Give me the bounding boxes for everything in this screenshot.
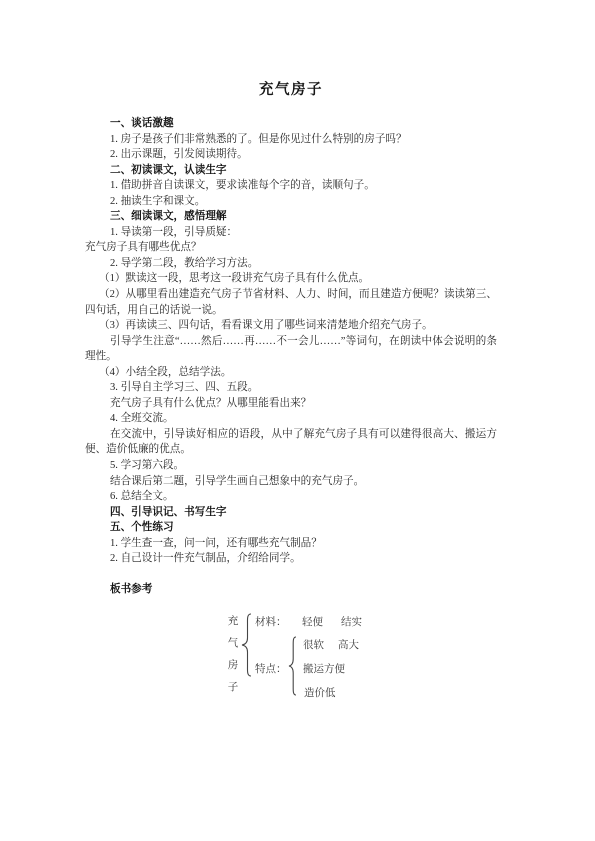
doc-line: 1. 学生查一查，问一问，还有哪些充气制品？ xyxy=(85,536,497,552)
doc-line: 1. 房子是孩子们非常熟悉的了。但是你见过什么特别的房子吗？ xyxy=(85,132,497,148)
brace-icon xyxy=(241,613,253,677)
doc-line: 2. 导学第二段，教给学习方法。 xyxy=(85,256,497,272)
doc-line: 理性。 xyxy=(85,349,497,365)
document-page: { "page": { "background": "#ffffff", "te… xyxy=(0,0,595,841)
doc-line: 二、初读课文，认读生字 xyxy=(85,163,497,179)
document-body: 一、谈话激趣1. 房子是孩子们非常熟悉的了。但是你见过什么特别的房子吗？2. 出… xyxy=(85,116,497,598)
doc-line: 2. 出示课题，引发阅读期待。 xyxy=(85,147,497,163)
doc-line: （3）再读读三、四句话，看看课文用了哪些词来清楚地介绍充气房子。 xyxy=(85,318,497,334)
doc-line: 一、谈话激趣 xyxy=(85,116,497,132)
doc-line: 5. 学习第六段。 xyxy=(85,458,497,474)
doc-line: 4. 全班交流。 xyxy=(85,411,497,427)
board-material-label: 材料： xyxy=(255,614,287,629)
doc-line: 结合课后第二题，引导学生画自己想象中的充气房子。 xyxy=(85,474,497,490)
doc-line: 四、引导识记、书写生字 xyxy=(85,505,497,521)
board-vertical-char: 子 xyxy=(227,679,239,694)
doc-line: 6. 总结全文。 xyxy=(85,489,497,505)
doc-line: 引导学生注意“……然后……再……不一会儿……”等词句，在朗读中体会说明的条 xyxy=(85,334,497,350)
doc-line: 五、个性练习 xyxy=(85,520,497,536)
doc-line: 四句话，用自己的话说一说。 xyxy=(85,303,497,319)
board-feature-item: 很软 xyxy=(303,637,324,652)
doc-line: 2. 自己设计一件充气制品，介绍给同学。 xyxy=(85,551,497,567)
board-feature-item: 高大 xyxy=(338,637,359,652)
brace-icon xyxy=(288,636,297,696)
doc-line: （2）从哪里看出建造充气房子节省材料、人力、时间，而且建造方便呢？读读第三、 xyxy=(85,287,497,303)
board-vertical-char: 气 xyxy=(227,635,239,650)
doc-line: 3. 引导自主学习三、四、五段。 xyxy=(85,380,497,396)
board-feature-label: 特点： xyxy=(255,661,287,676)
doc-line: 板书参考 xyxy=(85,582,497,598)
doc-line xyxy=(85,567,497,583)
doc-line: 充气房子具有哪些优点？ xyxy=(85,240,497,256)
board-vertical-char: 充 xyxy=(227,613,239,628)
doc-line: 2. 抽读生字和课文。 xyxy=(85,194,497,210)
board-feature-item: 造价低 xyxy=(304,685,336,700)
doc-line: 充气房子具有什么优点？从哪里能看出来？ xyxy=(85,396,497,412)
page-title: 充气房子 xyxy=(85,78,497,99)
board-feature-item: 搬运方便 xyxy=(303,661,345,676)
board-material-item: 轻便 xyxy=(302,614,323,629)
doc-line: 便、造价低廉的优点。 xyxy=(85,442,497,458)
doc-line: 三、细读课文，感悟理解 xyxy=(85,209,497,225)
doc-line: （1）默读这一段，思考这一段讲充气房子具有什么优点。 xyxy=(85,271,497,287)
doc-line: 在交流中，引导读好相应的语段，从中了解充气房子具有可以建得很高大、搬运方 xyxy=(85,427,497,443)
doc-line: （4）小结全段，总结学法。 xyxy=(85,365,497,381)
doc-line: 1. 导读第一段，引导质疑： xyxy=(85,225,497,241)
board-material-item: 结实 xyxy=(341,614,362,629)
doc-line: 1. 借助拼音自读课文，要求读准每个字的音，读顺句子。 xyxy=(85,178,497,194)
board-vertical-char: 房 xyxy=(227,657,239,672)
